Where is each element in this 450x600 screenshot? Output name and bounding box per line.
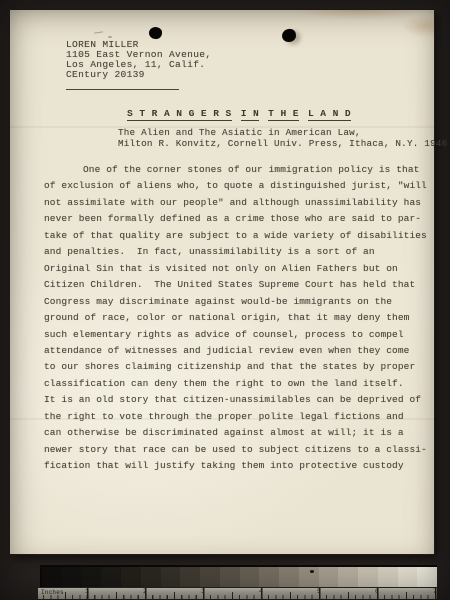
grayscale-step <box>378 567 398 587</box>
punch-hole-left <box>148 26 163 40</box>
punch-hole-right <box>281 28 297 43</box>
document-title: S T R A N G E R SI NT H EL A N D <box>127 103 360 121</box>
grayscale-step <box>358 567 378 587</box>
title-word: S T R A N G E R S <box>127 108 232 121</box>
grayscale-step <box>338 567 358 587</box>
ruler-number: 7 <box>433 588 437 595</box>
grayscale-step <box>82 567 102 587</box>
ruler-number: 3 <box>201 588 205 595</box>
ruler-number: 1 <box>85 588 89 595</box>
body-paragraph: One of the corner stones of our immigrat… <box>44 162 432 475</box>
document-page: LOREN MILLER 1105 East Vernon Avenue, Lo… <box>10 10 435 555</box>
title-word: T H E <box>268 108 299 121</box>
grayscale-step <box>240 567 260 587</box>
ruler-number: 6 <box>375 588 379 595</box>
grayscale-calibration-bar <box>40 565 437 587</box>
grayscale-step <box>398 567 418 587</box>
grayscale-step <box>200 567 220 587</box>
dust-speck <box>310 570 314 573</box>
ruler-inches-label: Inches <box>41 589 64 596</box>
title-word: I N <box>241 108 259 121</box>
book-citation: The Alien and The Asiatic in American La… <box>118 128 447 150</box>
grayscale-step <box>121 567 141 587</box>
pencil-mark <box>108 36 112 38</box>
title-word: L A N D <box>308 108 351 121</box>
grayscale-step <box>141 567 161 587</box>
letterhead-rule <box>66 89 179 90</box>
letterhead-address: LOREN MILLER 1105 East Vernon Avenue, Lo… <box>66 40 211 80</box>
ruler-number: 5 <box>317 588 321 595</box>
grayscale-step <box>259 567 279 587</box>
grayscale-step <box>279 567 299 587</box>
grayscale-step <box>319 567 339 587</box>
grayscale-step <box>417 567 437 587</box>
grayscale-step <box>101 567 121 587</box>
ruler-number: 2 <box>143 588 147 595</box>
grayscale-step <box>180 567 200 587</box>
inch-ruler: Inches 1234567 <box>38 588 437 599</box>
photo-background: LOREN MILLER 1105 East Vernon Avenue, Lo… <box>0 0 450 600</box>
grayscale-step <box>161 567 181 587</box>
grayscale-step <box>62 567 82 587</box>
grayscale-step <box>42 567 62 587</box>
ruler-number: 4 <box>259 588 263 595</box>
pencil-mark <box>94 31 103 33</box>
grayscale-step <box>220 567 240 587</box>
grayscale-step <box>299 567 319 587</box>
